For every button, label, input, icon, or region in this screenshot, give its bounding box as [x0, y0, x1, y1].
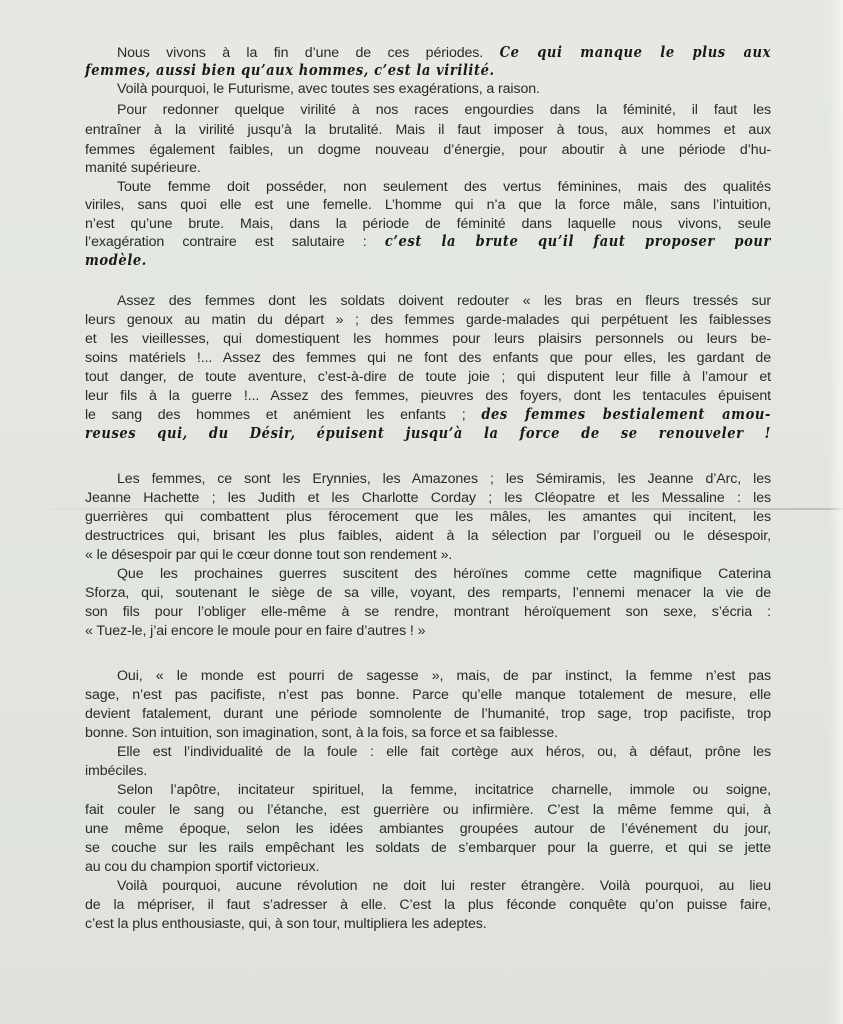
paragraph-p10-line: fait couler le sang ou l’étanche, est gu… — [85, 801, 771, 819]
paragraph-p10-line: Selon l’apôtre, incitateur spirituel, la… — [117, 781, 771, 799]
paragraph-p7-line: Sforza, qui, soutenant le siège de sa vi… — [85, 584, 771, 602]
paragraph-p5-line: le sang des hommes et anémient les enfan… — [85, 406, 771, 424]
body-text: guerrières qui combattent plus férocemen… — [85, 509, 771, 525]
paragraph-p4-line: viriles, sans quoi elle est une femelle.… — [85, 196, 771, 214]
paragraph-p8-line: Oui, « le monde est pourri de sagesse »,… — [117, 667, 771, 685]
emphasis-text: Ce qui manque le plus aux — [500, 44, 771, 61]
paragraph-p6-line: guerrières qui combattent plus férocemen… — [85, 508, 771, 526]
body-text: Voilà pourquoi, aucune révolution ne doi… — [117, 878, 771, 894]
paragraph-p1-line: femmes, aussi bien qu’aux hommes, c’est … — [85, 62, 495, 80]
body-text: Oui, « le monde est pourri de sagesse »,… — [117, 668, 771, 684]
emphasis-text: modèle. — [85, 252, 147, 269]
paragraph-p9-line: imbéciles. — [85, 762, 147, 780]
paragraph-p3-line: Pour redonner quelque virilité à nos rac… — [117, 101, 771, 119]
body-text: leur fils à la guerre !... Assez des fem… — [85, 388, 771, 404]
body-text: Elle est l’individualité de la foule : e… — [117, 744, 771, 760]
body-text: femmes également faibles, un dogme nouve… — [85, 142, 771, 158]
body-text: une même époque, selon les idées ambiant… — [85, 821, 771, 837]
paragraph-p11-line: c’est la plus enthousiaste, qui, à son t… — [85, 915, 487, 933]
paragraph-p6-line: Les femmes, ce sont les Erynnies, les Am… — [117, 470, 771, 488]
paragraph-p6-line: destructrices qui, brisant les plus faib… — [85, 527, 771, 545]
body-text: Assez des femmes dont les soldats doiven… — [117, 293, 771, 309]
document-page: Nous vivons à la fin d’une de ces périod… — [0, 0, 843, 1024]
body-text: devient fatalement, durant une période s… — [85, 706, 771, 722]
body-text: tout danger, de toute aventure, c’est-à-… — [85, 369, 771, 385]
body-text: au cou du champion sportif victorieux. — [85, 859, 319, 875]
paragraph-p4-line: n’est qu’une brute. Mais, dans la périod… — [85, 215, 771, 233]
body-text: n’est qu’une brute. Mais, dans la périod… — [85, 216, 771, 232]
paragraph-p4-line: modèle. — [85, 252, 147, 270]
body-text: Les femmes, ce sont les Erynnies, les Am… — [117, 471, 771, 487]
paragraph-p10-line: une même époque, selon les idées ambiant… — [85, 820, 771, 838]
paragraph-p10-line: au cou du champion sportif victorieux. — [85, 858, 319, 876]
body-text: manité supérieure. — [85, 160, 201, 176]
body-text: leurs genoux au matin du départ » ; des … — [85, 312, 771, 328]
body-text: Pour redonner quelque virilité à nos rac… — [117, 102, 771, 118]
paragraph-p8-line: sage, n’est pas pacifiste, n’est pas bon… — [85, 686, 771, 704]
paragraph-p5-line: et les vieillesses, qui domestiquent les… — [85, 330, 771, 348]
body-text: de la mépriser, il faut s’adresser à ell… — [85, 897, 771, 913]
paragraph-p7-line: « Tuez-le, j’ai encore le moule pour en … — [85, 622, 425, 640]
body-text: sage, n’est pas pacifiste, n’est pas bon… — [85, 687, 771, 703]
body-text: se couche sur les rails empêchant les so… — [85, 840, 771, 856]
paragraph-p4-line: l’exagération contraire est salutaire : … — [85, 233, 771, 251]
paragraph-p5-line: leurs genoux au matin du départ » ; des … — [85, 311, 771, 329]
body-text: Toute femme doit posséder, non seulement… — [117, 179, 771, 195]
paragraph-p6-line: Jeanne Hachette ; les Judith et les Char… — [85, 489, 771, 507]
paragraph-p7-line: son fils pour l’obliger elle-même à se r… — [85, 603, 771, 621]
paragraph-p8-line: bonne. Son intuition, son imagination, s… — [85, 724, 558, 742]
body-text: destructrices qui, brisant les plus faib… — [85, 528, 771, 544]
body-text: Sforza, qui, soutenant le siège de sa vi… — [85, 585, 771, 601]
body-text: soins matériels !... Assez des femmes qu… — [85, 350, 771, 366]
body-text: Nous vivons à la fin d’une de ces périod… — [117, 45, 500, 61]
body-text: Jeanne Hachette ; les Judith et les Char… — [85, 490, 771, 506]
body-text: bonne. Son intuition, son imagination, s… — [85, 725, 558, 741]
body-text: le sang des hommes et anémient les enfan… — [85, 407, 481, 423]
body-text: Voilà pourquoi, le Futurisme, avec toute… — [117, 81, 540, 97]
paper-edge — [829, 0, 843, 1024]
paragraph-p11-line: de la mépriser, il faut s’adresser à ell… — [85, 896, 771, 914]
paragraph-p7-line: Que les prochaines guerres suscitent des… — [117, 565, 771, 583]
body-text: viriles, sans quoi elle est une femelle.… — [85, 197, 771, 213]
emphasis-text: femmes, aussi bien qu’aux hommes, c’est … — [85, 62, 495, 79]
paragraph-p5-line: soins matériels !... Assez des femmes qu… — [85, 349, 771, 367]
emphasis-text: reuses qui, du Désir, épuisent jusqu’à l… — [85, 425, 771, 442]
body-text: fait couler le sang ou l’étanche, est gu… — [85, 802, 771, 818]
body-text: et les vieillesses, qui domestiquent les… — [85, 331, 771, 347]
paragraph-p5-line: tout danger, de toute aventure, c’est-à-… — [85, 368, 771, 386]
emphasis-text: c’est la brute qu’il faut proposer pour — [385, 233, 771, 250]
paragraph-p3-line: femmes également faibles, un dogme nouve… — [85, 141, 771, 159]
paragraph-p4-line: Toute femme doit posséder, non seulement… — [117, 178, 771, 196]
paragraph-p3-line: entraîner à la virilité jusqu’à la bruta… — [85, 121, 771, 139]
paragraph-p5-line: Assez des femmes dont les soldats doiven… — [117, 292, 771, 310]
body-text: imbéciles. — [85, 763, 147, 779]
paragraph-p8-line: devient fatalement, durant une période s… — [85, 705, 771, 723]
body-text: Que les prochaines guerres suscitent des… — [117, 566, 771, 582]
paragraph-p2-line: Voilà pourquoi, le Futurisme, avec toute… — [117, 80, 540, 98]
paragraph-p9-line: Elle est l’individualité de la foule : e… — [117, 743, 771, 761]
paragraph-p5-line: reuses qui, du Désir, épuisent jusqu’à l… — [85, 425, 771, 443]
body-text: Selon l’apôtre, incitateur spirituel, la… — [117, 782, 771, 798]
emphasis-text: des femmes bestialement amou- — [481, 406, 771, 423]
paragraph-p6-line: « le désespoir par qui le cœur donne tou… — [85, 546, 452, 564]
body-text: entraîner à la virilité jusqu’à la bruta… — [85, 122, 771, 138]
body-text: l’exagération contraire est salutaire : — [85, 234, 385, 250]
body-text: son fils pour l’obliger elle-même à se r… — [85, 604, 771, 620]
paragraph-p3-line: manité supérieure. — [85, 159, 201, 177]
paragraph-p1-line: Nous vivons à la fin d’une de ces périod… — [117, 44, 771, 62]
body-text: c’est la plus enthousiaste, qui, à son t… — [85, 916, 487, 932]
body-text: « Tuez-le, j’ai encore le moule pour en … — [85, 623, 425, 639]
paragraph-p11-line: Voilà pourquoi, aucune révolution ne doi… — [117, 877, 771, 895]
body-text: « le désespoir par qui le cœur donne tou… — [85, 547, 452, 563]
paragraph-p5-line: leur fils à la guerre !... Assez des fem… — [85, 387, 771, 405]
paragraph-p10-line: se couche sur les rails empêchant les so… — [85, 839, 771, 857]
